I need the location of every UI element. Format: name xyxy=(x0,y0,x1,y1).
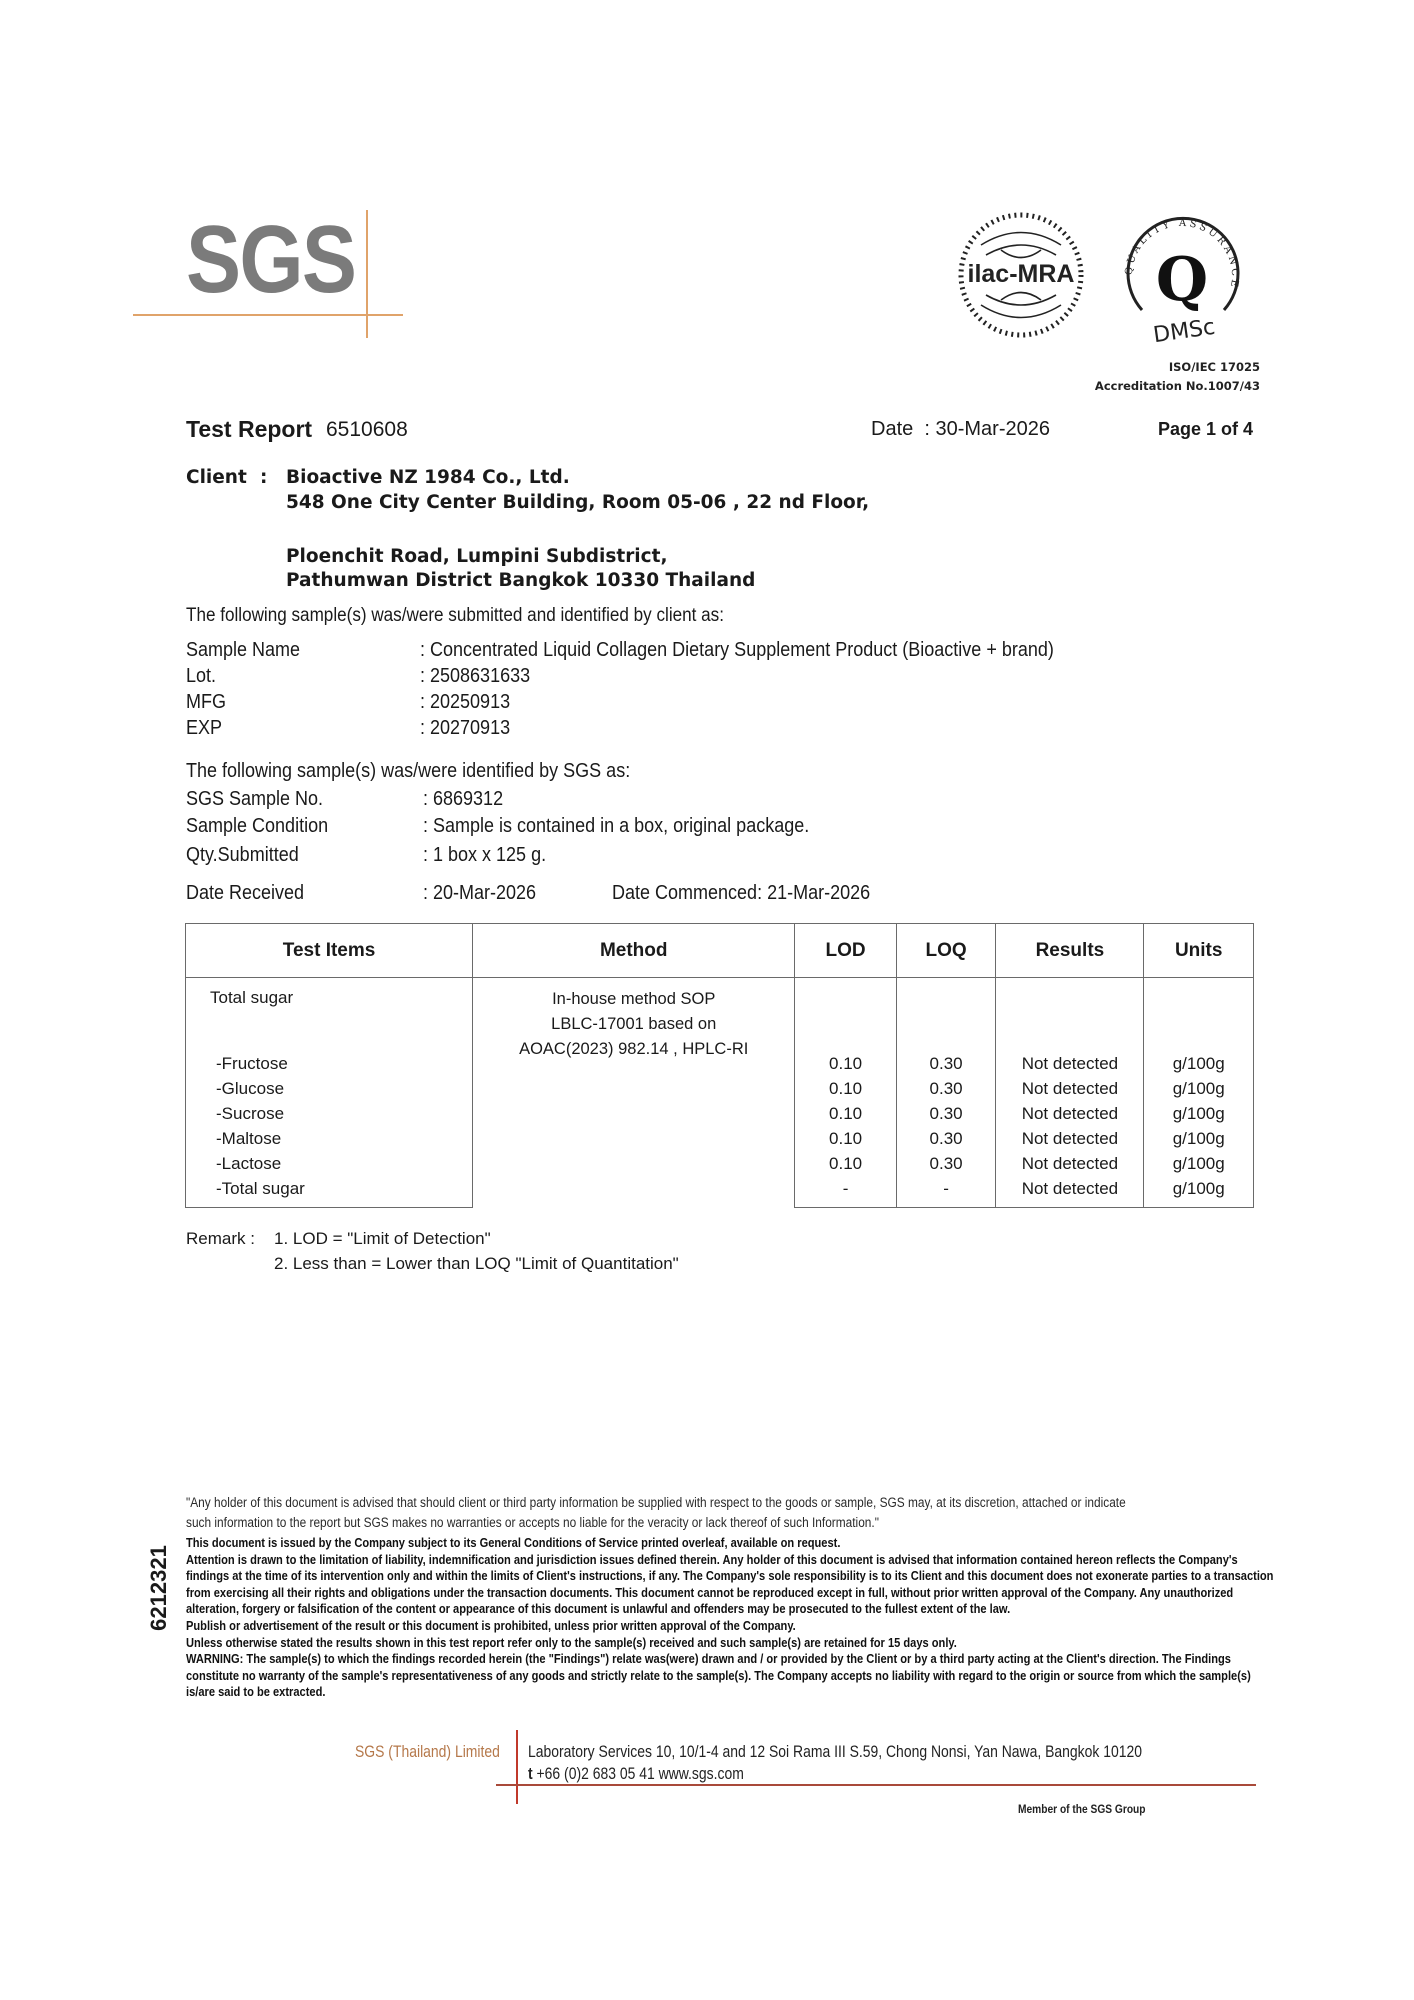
table-header-row: Test Items Method LOD LOQ Results Units xyxy=(186,924,1254,978)
unit-value: g/100g xyxy=(1144,1101,1254,1126)
test-item-name: -Fructose xyxy=(186,1051,473,1076)
serial-number: 6212321 xyxy=(146,1538,172,1638)
client-colon: : xyxy=(260,467,267,488)
method-line: AOAC(2023) 982.14 , HPLC-RI xyxy=(473,1037,794,1062)
accreditation-info: ISO/IEC 17025 Accreditation No.1007/43 xyxy=(1080,358,1260,396)
result-value: Not detected xyxy=(996,1101,1144,1126)
client-address-line: Pathumwan District Bangkok 10330 Thailan… xyxy=(286,570,755,591)
method-line: LBLC-17001 based on xyxy=(473,1012,794,1037)
loq-value: 0.30 xyxy=(896,1151,996,1176)
footer-vertical-rule xyxy=(516,1730,518,1804)
test-item-name: -Lactose xyxy=(186,1151,473,1176)
footer-member-text: Member of the SGS Group xyxy=(1018,1802,1146,1816)
qty-submitted-value: : 1 box x 125 g. xyxy=(423,844,546,867)
legal-disclaimer: This document is issued by the Company s… xyxy=(186,1535,1278,1701)
footer-company-name: SGS (Thailand) Limited xyxy=(355,1742,500,1762)
client-sample-intro: The following sample(s) was/were submitt… xyxy=(186,605,724,627)
report-number: 6510608 xyxy=(326,418,408,442)
header-units: Units xyxy=(1144,924,1254,978)
result-value: Not detected xyxy=(996,1151,1144,1176)
remark-label: Remark : xyxy=(186,1226,274,1251)
report-date: Date : 30-Mar-2026 xyxy=(871,418,1050,441)
logo-accent-vertical-line xyxy=(366,210,368,338)
lod-value: - xyxy=(795,1176,897,1208)
loq-value: 0.30 xyxy=(896,1101,996,1126)
test-item-name: -Glucose xyxy=(186,1076,473,1101)
lod-value: 0.10 xyxy=(795,1076,897,1101)
table-group-row: Total sugar In-house method SOP LBLC-170… xyxy=(186,978,1254,1052)
client-company-name: Bioactive NZ 1984 Co., Ltd. xyxy=(286,467,570,488)
lot-value: : 2508631633 xyxy=(420,665,530,688)
test-item-name: -Total sugar xyxy=(186,1176,473,1208)
header-lod: LOD xyxy=(795,924,897,978)
footer-contact: t +66 (0)2 683 05 41 www.sgs.com xyxy=(528,1764,744,1784)
client-address-line: 548 One City Center Building, Room 05-06… xyxy=(286,492,869,513)
disclaimer-line: Attention is drawn to the limitation of … xyxy=(186,1552,1278,1618)
svg-text:DMSc: DMSc xyxy=(1152,315,1217,348)
advisory-note: "Any holder of this document is advised … xyxy=(186,1493,1136,1533)
lod-value: 0.10 xyxy=(795,1051,897,1076)
sample-condition-value: : Sample is contained in a box, original… xyxy=(423,815,809,838)
test-item-name: -Sucrose xyxy=(186,1101,473,1126)
disclaimer-line: Publish or advertisement of the result o… xyxy=(186,1618,1278,1635)
unit-value: g/100g xyxy=(1144,1151,1254,1176)
header-results: Results xyxy=(996,924,1144,978)
sgs-logo: SGS xyxy=(186,212,355,308)
loq-value: 0.30 xyxy=(896,1126,996,1151)
iso-standard: ISO/IEC 17025 xyxy=(1080,358,1260,377)
unit-value: g/100g xyxy=(1144,1076,1254,1101)
result-value: Not detected xyxy=(996,1076,1144,1101)
loq-value: 0.30 xyxy=(896,1076,996,1101)
exp-value: : 20270913 xyxy=(420,717,510,740)
phone-icon: t xyxy=(528,1764,533,1783)
disclaimer-line: WARNING: The sample(s) to which the find… xyxy=(186,1651,1278,1701)
remark-item: 1. LOD = "Limit of Detection" xyxy=(274,1229,491,1248)
field-label: Qty.Submitted xyxy=(186,844,299,867)
loq-value: 0.30 xyxy=(896,1051,996,1076)
date-label: Date xyxy=(871,418,913,440)
result-value: Not detected xyxy=(996,1176,1144,1208)
header-loq: LOQ xyxy=(896,924,996,978)
remarks: Remark :1. LOD = "Limit of Detection" 2.… xyxy=(186,1226,679,1276)
field-label: MFG xyxy=(186,691,226,714)
report-title: Test Report xyxy=(186,416,312,443)
field-label: SGS Sample No. xyxy=(186,788,323,811)
lod-value: 0.10 xyxy=(795,1151,897,1176)
field-label: Lot. xyxy=(186,665,216,688)
client-address-line: Ploenchit Road, Lumpini Subdistrict, xyxy=(286,546,668,567)
date-received-value: : 20-Mar-2026 xyxy=(423,882,536,905)
date-commenced: Date Commenced: 21-Mar-2026 xyxy=(612,882,870,905)
field-label: EXP xyxy=(186,717,222,740)
dmsc-quality-assurance-seal-icon: QUALITY ASSURANCE Q DMSc xyxy=(1112,210,1252,350)
logo-accent-horizontal-line xyxy=(133,314,403,316)
method-cell: In-house method SOP LBLC-17001 based on … xyxy=(473,978,795,1208)
date-value: : 30-Mar-2026 xyxy=(924,418,1050,440)
date-commenced-value: : 21-Mar-2026 xyxy=(757,882,870,904)
field-label: Sample Condition xyxy=(186,815,328,838)
sgs-sample-intro: The following sample(s) was/were identif… xyxy=(186,760,630,783)
remark-item: 2. Less than = Lower than LOQ "Limit of … xyxy=(186,1251,679,1276)
accreditation-number: Accreditation No.1007/43 xyxy=(1080,377,1260,396)
date-commenced-label: Date Commenced xyxy=(612,882,757,904)
unit-value: g/100g xyxy=(1144,1126,1254,1151)
disclaimer-line: This document is issued by the Company s… xyxy=(186,1535,1278,1552)
disclaimer-line: Unless otherwise stated the results show… xyxy=(186,1635,1278,1652)
svg-text:ilac-MRA: ilac-MRA xyxy=(968,260,1075,288)
field-label: Sample Name xyxy=(186,639,300,662)
page-number: Page 1 of 4 xyxy=(1158,419,1253,440)
lod-value: 0.10 xyxy=(795,1101,897,1126)
svg-text:Q: Q xyxy=(1156,245,1208,315)
results-table: Test Items Method LOD LOQ Results Units … xyxy=(185,923,1254,1208)
loq-value: - xyxy=(896,1176,996,1208)
sgs-sample-no-value: : 6869312 xyxy=(423,788,503,811)
header-method: Method xyxy=(473,924,795,978)
footer-address: Laboratory Services 10, 10/1-4 and 12 So… xyxy=(528,1742,1142,1762)
unit-value: g/100g xyxy=(1144,1051,1254,1076)
ilac-mra-seal-icon: ilac-MRA xyxy=(956,210,1086,340)
method-line: In-house method SOP xyxy=(473,987,794,1012)
result-value: Not detected xyxy=(996,1051,1144,1076)
mfg-value: : 20250913 xyxy=(420,691,510,714)
footer-horizontal-rule xyxy=(496,1784,1256,1786)
header-test-items: Test Items xyxy=(186,924,473,978)
result-value: Not detected xyxy=(996,1126,1144,1151)
field-label: Date Received xyxy=(186,882,304,905)
test-item-name: -Maltose xyxy=(186,1126,473,1151)
sample-name-value: : Concentrated Liquid Collagen Dietary S… xyxy=(420,639,1054,662)
footer-phone-web[interactable]: +66 (0)2 683 05 41 www.sgs.com xyxy=(537,1764,744,1783)
client-label: Client xyxy=(186,467,247,488)
unit-value: g/100g xyxy=(1144,1176,1254,1208)
lod-value: 0.10 xyxy=(795,1126,897,1151)
group-item-name: Total sugar xyxy=(186,978,473,1052)
